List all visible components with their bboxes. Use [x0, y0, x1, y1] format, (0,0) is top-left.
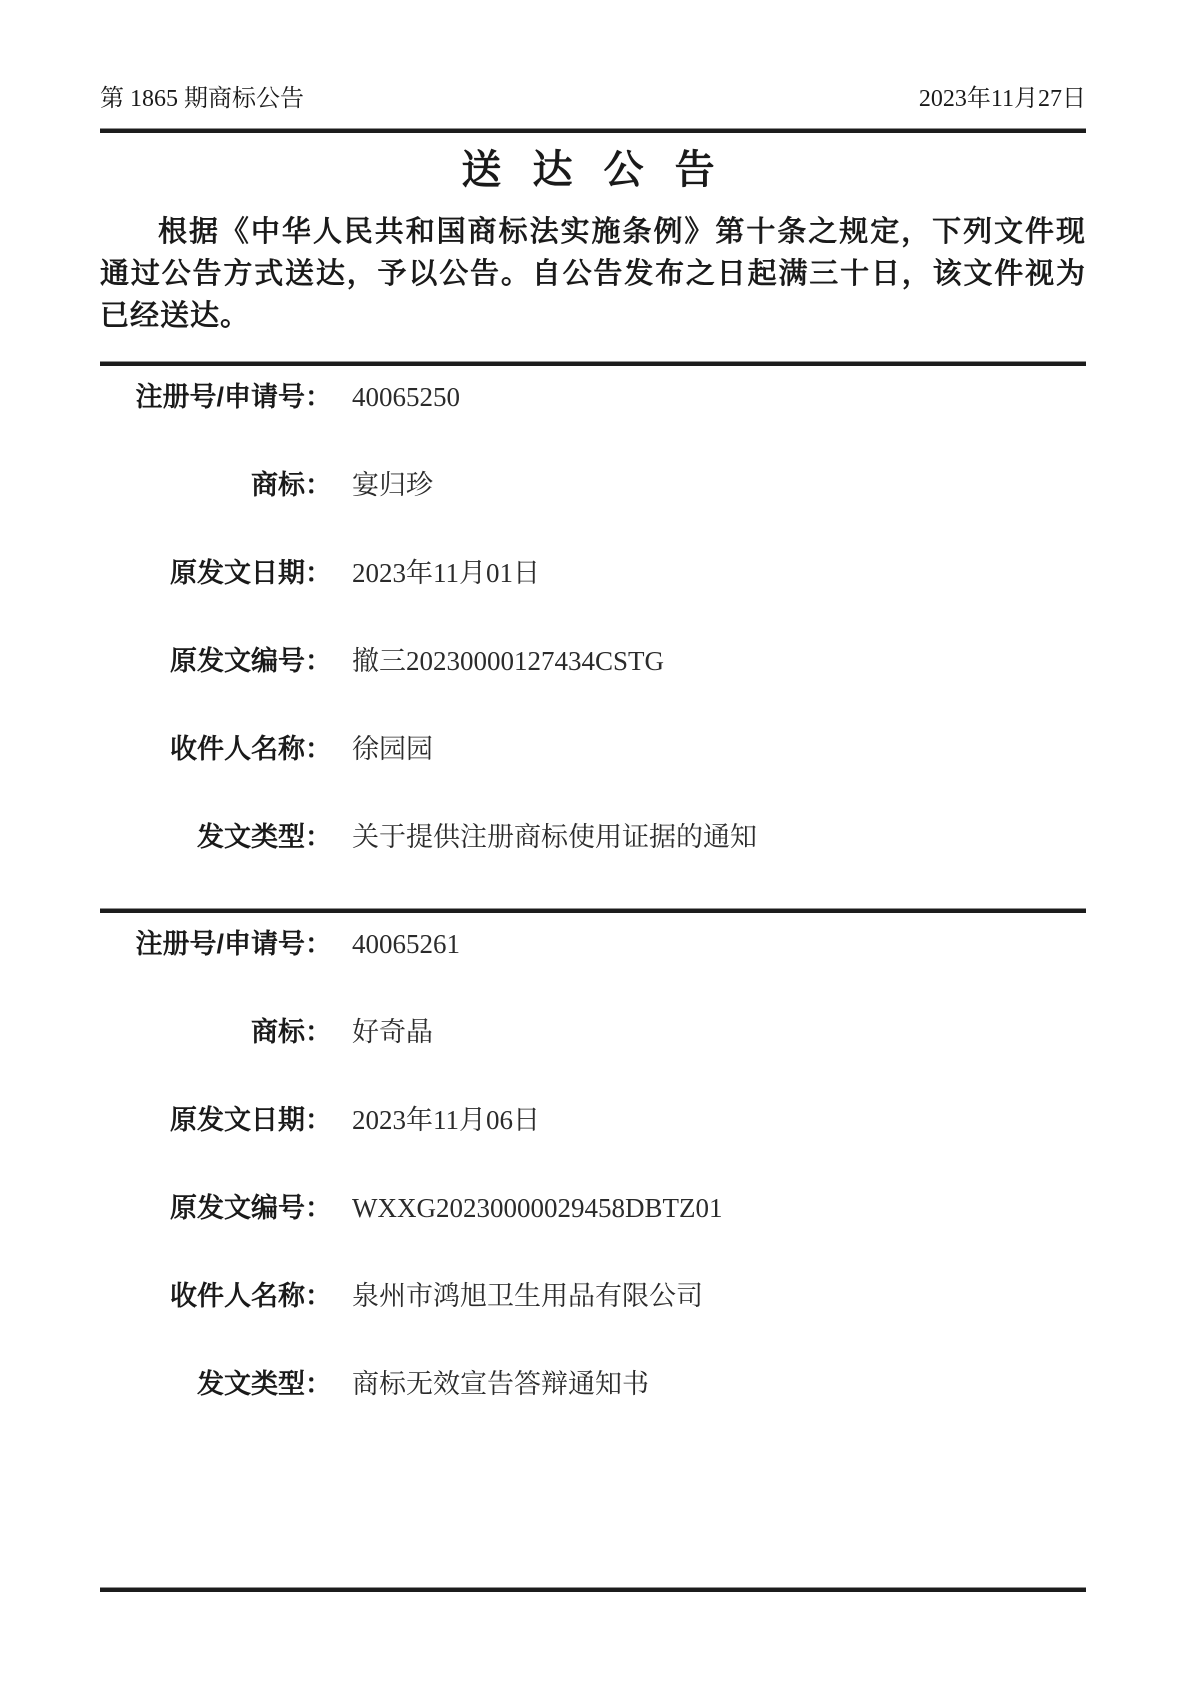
field-value-recipient: 泉州市鸿旭卫生用品有限公司	[332, 1279, 703, 1313]
header-divider	[100, 128, 1086, 133]
field-label-reg-no: 注册号/申请号：	[100, 380, 332, 414]
field-label-trademark: 商标：	[100, 468, 332, 502]
record-row-doc-type: 发文类型： 关于提供注册商标使用证据的通知	[100, 820, 1086, 908]
gazette-issue-label: 第 1865 期商标公告	[100, 84, 304, 114]
field-value-orig-date: 2023年11月01日	[332, 556, 540, 590]
field-value-orig-date: 2023年11月06日	[332, 1103, 540, 1137]
field-value-reg-no: 40065261	[332, 927, 460, 961]
page-content: 第 1865 期商标公告 2023年11月27日 送 达 公 告 根据《中华人民…	[100, 0, 1086, 1592]
field-value-orig-no: WXXG20230000029458DBTZ01	[332, 1191, 722, 1225]
record-row-recipient: 收件人名称： 徐园园	[100, 732, 1086, 820]
field-label-orig-no: 原发文编号：	[100, 1191, 332, 1225]
field-value-reg-no: 40065250	[332, 380, 460, 414]
field-label-doc-type: 发文类型：	[100, 1367, 332, 1401]
record-row-doc-type: 发文类型： 商标无效宣告答辩通知书	[100, 1367, 1086, 1455]
field-value-doc-type: 商标无效宣告答辩通知书	[332, 1367, 649, 1401]
record-row-orig-no: 原发文编号： 撤三20230000127434CSTG	[100, 644, 1086, 732]
field-value-trademark: 好奇晶	[332, 1015, 433, 1049]
field-label-reg-no: 注册号/申请号：	[100, 927, 332, 961]
record-row-orig-date: 原发文日期： 2023年11月01日	[100, 556, 1086, 644]
record: 注册号/申请号： 40065250 商标： 宴归珍 原发文日期： 2023年11…	[100, 366, 1086, 908]
field-label-recipient: 收件人名称：	[100, 1279, 332, 1313]
field-value-recipient: 徐园园	[332, 732, 433, 766]
field-value-doc-type: 关于提供注册商标使用证据的通知	[332, 820, 757, 854]
page-header: 第 1865 期商标公告 2023年11月27日	[100, 84, 1086, 114]
record-row-trademark: 商标： 好奇晶	[100, 1015, 1086, 1103]
record-row-trademark: 商标： 宴归珍	[100, 468, 1086, 556]
field-label-orig-date: 原发文日期：	[100, 1103, 332, 1137]
field-label-orig-date: 原发文日期：	[100, 556, 332, 590]
field-value-trademark: 宴归珍	[332, 468, 433, 502]
document-sheet: 第 1865 期商标公告 2023年11月27日 送 达 公 告 根据《中华人民…	[0, 0, 1190, 1684]
record-row-reg-no: 注册号/申请号： 40065261	[100, 927, 1086, 1015]
page-title: 送 达 公 告	[100, 145, 1086, 195]
record-row-orig-date: 原发文日期： 2023年11月06日	[100, 1103, 1086, 1191]
field-label-trademark: 商标：	[100, 1015, 332, 1049]
record: 注册号/申请号： 40065261 商标： 好奇晶 原发文日期： 2023年11…	[100, 913, 1086, 1455]
field-label-orig-no: 原发文编号：	[100, 644, 332, 678]
publish-date: 2023年11月27日	[919, 84, 1086, 114]
intro-paragraph: 根据《中华人民共和国商标法实施条例》第十条之规定，下列文件现通过公告方式送达，予…	[100, 211, 1086, 337]
field-label-doc-type: 发文类型：	[100, 820, 332, 854]
field-label-recipient: 收件人名称：	[100, 732, 332, 766]
field-value-orig-no: 撤三20230000127434CSTG	[332, 644, 664, 678]
record-row-recipient: 收件人名称： 泉州市鸿旭卫生用品有限公司	[100, 1279, 1086, 1367]
page-bottom-divider	[100, 1587, 1086, 1592]
record-row-orig-no: 原发文编号： WXXG20230000029458DBTZ01	[100, 1191, 1086, 1279]
record-row-reg-no: 注册号/申请号： 40065250	[100, 380, 1086, 468]
